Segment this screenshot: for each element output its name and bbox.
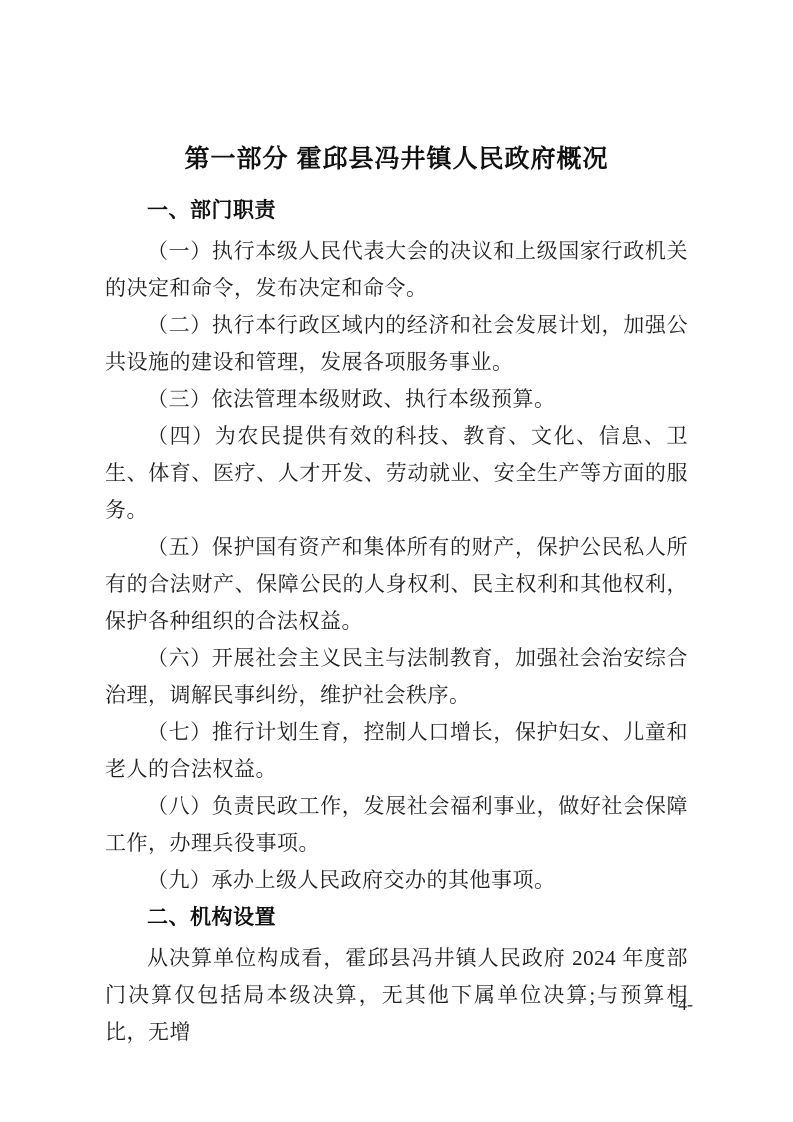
- section-heading-department-duties: 一、部门职责: [105, 192, 688, 229]
- paragraph-duty-3: （三）依法管理本级财政、执行本级预算。: [105, 381, 688, 418]
- document-content: 第一部分 霍邱县冯井镇人民政府概况 一、部门职责 （一）执行本级人民代表大会的决…: [105, 142, 688, 1051]
- paragraph-duty-2: （二）执行本行政区域内的经济和社会发展计划，加强公共设施的建设和管理，发展各项服…: [105, 307, 688, 381]
- paragraph-duty-8: （八）负责民政工作，发展社会福利事业，做好社会保障工作，办理兵役事项。: [105, 788, 688, 862]
- paragraph-duty-5: （五）保护国有资产和集体所有的财产，保护公民私人所有的合法财产、保障公民的人身权…: [105, 529, 688, 640]
- paragraph-duty-1: （一）执行本级人民代表大会的决议和上级国家行政机关的决定和命令，发布决定和命令。: [105, 233, 688, 307]
- paragraph-duty-4: （四）为农民提供有效的科技、教育、文化、信息、卫生、体育、医疗、人才开发、劳动就…: [105, 418, 688, 529]
- paragraph-organization-1: 从决算单位构成看，霍邱县冯井镇人民政府 2024 年度部门决算仅包括局本级决算，…: [105, 940, 688, 1051]
- document-title: 第一部分 霍邱县冯井镇人民政府概况: [105, 142, 688, 176]
- paragraph-duty-6: （六）开展社会主义民主与法制教育，加强社会治安综合治理，调解民事纠纷，维护社会秩…: [105, 640, 688, 714]
- page-number: -4-: [672, 994, 693, 1014]
- section-heading-organization-setup: 二、机构设置: [105, 899, 688, 936]
- paragraph-duty-7: （七）推行计划生育，控制人口增长，保护妇女、儿童和老人的合法权益。: [105, 714, 688, 788]
- paragraph-duty-9: （九）承办上级人民政府交办的其他事项。: [105, 862, 688, 899]
- document-page: 第一部分 霍邱县冯井镇人民政府概况 一、部门职责 （一）执行本级人民代表大会的决…: [0, 0, 793, 1122]
